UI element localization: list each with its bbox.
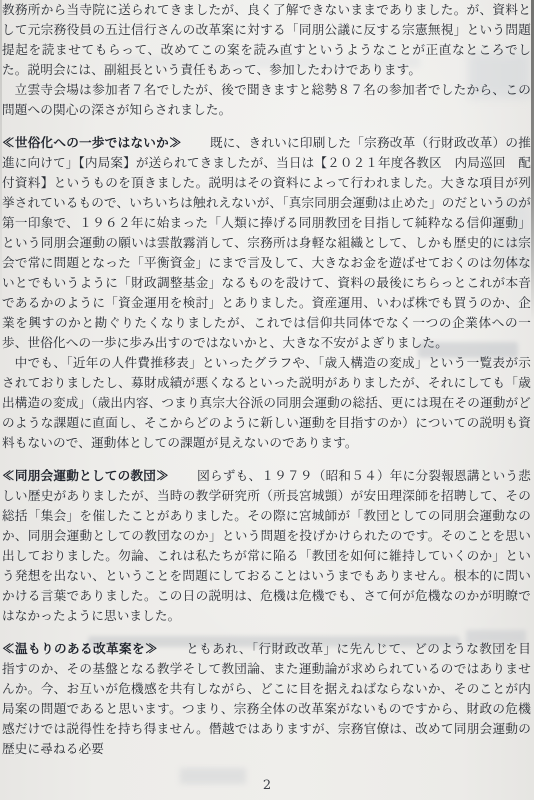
page-number: 2 [0, 778, 534, 793]
paragraph: 中でも、「近年の人件費推移表」といったグラフや、「歳入構造の変成」という一覧表が… [2, 353, 531, 453]
section-heading: ≪世俗化への一歩ではないか≫ [2, 135, 182, 150]
document-text-column: 教務所から当寺院に送られてきましたが、良く了解できないままでありました。が、資料… [2, 0, 531, 759]
section-heading: ≪同朋会運動としての教団≫ [2, 468, 169, 483]
scanned-document-page: 教務所から当寺院に送られてきましたが、良く了解できないままでありました。が、資料… [0, 0, 534, 800]
section-text: 既に、きれいに印刷した「宗務改革（行財政改革）の推進に向けて」【内局案】が送られ… [2, 135, 531, 350]
section-heading: ≪温もりのある改革案を≫ [2, 641, 158, 656]
section-text: ともあれ、「行財政改革」に先んじて、どのような教団を目指すのか、その基盤となる教… [2, 641, 531, 756]
section-warm-reform-plan: ≪温もりのある改革案を≫ ともあれ、「行財政改革」に先んじて、どのような教団を目… [2, 639, 531, 759]
paragraph: 立雲寺会場は参加者７名でしたが、後で聞きますと総勢８７名の参加者でしたから、この… [2, 80, 531, 120]
paragraph-text: 中でも、「近年の人件費推移表」といったグラフや、「歳入構造の変成」という一覧表が… [2, 355, 531, 450]
paragraph-continuation: 教務所から当寺院に送られてきましたが、良く了解できないままでありました。が、資料… [2, 0, 531, 80]
section-secularization: ≪世俗化への一歩ではないか≫ 既に、きれいに印刷した「宗務改革（行財政改革）の推… [2, 133, 531, 353]
section-text: 図らずも、１９７９（昭和５４）年に分裂報恩講という悲しい歴史がありましたが、当時… [2, 468, 531, 623]
paragraph-text: 教務所から当寺院に送られてきましたが、良く了解できないままでありました。が、資料… [2, 2, 531, 77]
paragraph-text: 立雲寺会場は参加者７名でしたが、後で聞きますと総勢８７名の参加者でしたから、この… [2, 82, 531, 117]
section-doboukai-movement: ≪同朋会運動としての教団≫ 図らずも、１９７９（昭和５４）年に分裂報恩講という悲… [2, 466, 531, 626]
